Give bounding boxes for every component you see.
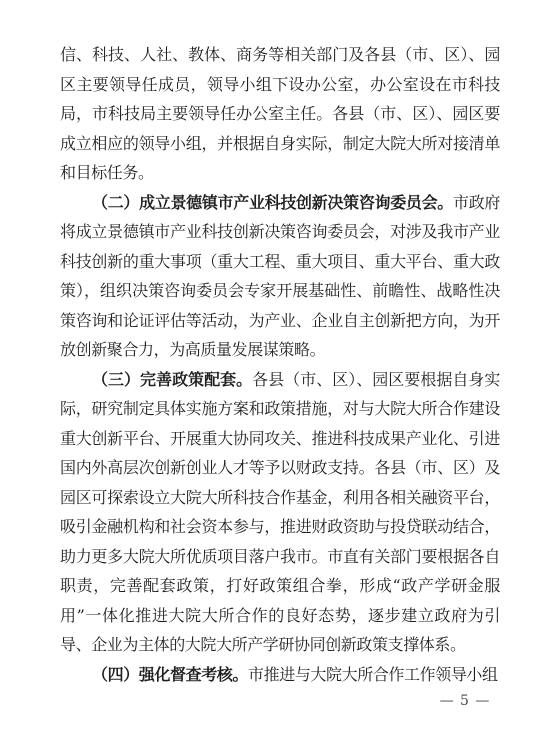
paragraph-text: 信、科技、人社、教体、商务等相关部门及各县（市、区）、园区主要领导任成员，领导小… xyxy=(60,45,500,182)
paragraph-text: 市政府将成立景德镇市产业科技创新决策咨询委员会，对涉及我市产业科技创新的重大事项… xyxy=(60,193,500,360)
paragraph-clause-3: （三）完善政策配套。各县（市、区）、园区要根据自身实际，研究制定具体实施方案和政… xyxy=(60,365,500,660)
clause-3-heading: （三）完善政策配套。 xyxy=(92,370,252,389)
paragraph-continuation: 信、科技、人社、教体、商务等相关部门及各县（市、区）、园区主要领导任成员，领导小… xyxy=(60,40,500,188)
page-number: — 5 — xyxy=(420,693,510,709)
paragraph-clause-2: （二）成立景德镇市产业科技创新决策咨询委员会。市政府将成立景德镇市产业科技创新决… xyxy=(60,188,500,365)
document-page: 信、科技、人社、教体、商务等相关部门及各县（市、区）、园区主要领导任成员，领导小… xyxy=(0,0,559,733)
document-body: 信、科技、人社、教体、商务等相关部门及各县（市、区）、园区主要领导任成员，领导小… xyxy=(60,40,500,689)
clause-4-heading: （四）强化督查考核。 xyxy=(92,665,248,684)
clause-2-heading: （二）成立景德镇市产业科技创新决策咨询委员会。 xyxy=(92,193,453,212)
paragraph-text: 各县（市、区）、园区要根据自身实际，研究制定具体实施方案和政策措施，对与大院大所… xyxy=(60,370,500,655)
paragraph-text: 市推进与大院大所合作工作领导小组 xyxy=(248,665,498,684)
paragraph-clause-4: （四）强化督查考核。市推进与大院大所合作工作领导小组 xyxy=(60,660,500,690)
